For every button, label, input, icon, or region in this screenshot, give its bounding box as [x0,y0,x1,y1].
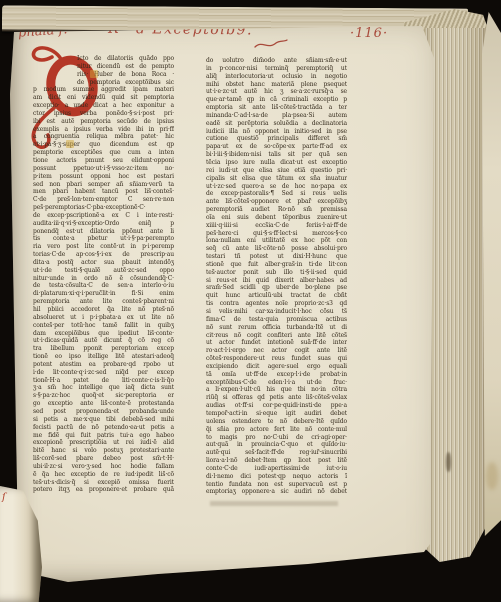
text-line: tã omĩa ut·ff·de excep·l·i·de probat̃·in [206,371,347,379]
red-ink-trace: ſ [2,492,6,503]
text-line: di·platarum·xi·q·i·peruc̃lit·in fi·Si en… [33,290,174,298]
text-line: tionẽ eo ipso itellige litẽ atestari·ade… [33,353,174,361]
text-line: to magis pro no·C·ubi de cri·agi·oper· [206,434,347,442]
text-line: sram̃·Sed scidli qp uber·de bo·plene pse [206,284,347,292]
text-line: tis conte·a pbetur ut·i·§·pa·perempto [33,235,174,243]
text-line: xiiii·q·iiii·si eccs̃ia·C·de feriis·l·ai… [206,222,347,230]
manuscript-page: pñala ſ. Rm đ Exceptoib9. ·116· Icto de … [8,24,436,590]
text-line: potero itqʒ ea proponere·et probare quã [33,486,174,494]
text-column-left: Icto de dilatoriis quãdo pponitur dicend… [33,55,174,494]
ink-showthrough [210,501,338,506]
text-line: me fidẽ qui fuit patris tui·a ego habeo [33,432,174,440]
text-line: de testa·cõsulta·C de sen·a interlo·o·iu [33,282,174,290]
text-line: pes̃·here·ci qui·§·s·ff·lect·si mercos·§… [206,230,347,238]
text-line: ibi est autẽ pemptoria secũdo de ipsius [33,118,174,126]
text-line: torias·C·de ap·cos·§·i·ex de prescrip·au [33,251,174,259]
text-line: exemplis a ipsius verba vide ibi in pri·… [33,126,174,134]
text-line: bi·l·iii·§·ibidem·nisi talis sit per quã… [206,151,347,159]
text-line: ut·i·e·zc·ut autẽ hic ʒ se·a·zc·rursq̃·a… [206,88,347,96]
text-line: exceptio· a unde dicat̃ a hec exponitur … [33,102,174,110]
text-line: men pbari habent tancũ post lis̃·contes̃… [33,188,174,196]
text-line: peremptoriã audiet̃ Ro·nõ sm̃ premissa [206,206,347,214]
text-line: eadẽ sit perẽptoria soluẽdia a declinato… [206,120,347,128]
text-line: si reus·et ibi quid dixerit alber·habes … [206,277,347,285]
text-line: ẽ q̃a hec exceptio de re iud·ipedit lis̃… [33,471,174,479]
text-line: aut·quã in prouincia·C·quo et quĩdo·iu· [206,441,347,449]
text-line: Icto de dilatoriis quãdo ppo [33,55,174,63]
fore-edge-stain [446,452,451,472]
text-line: tẽcia ipso iure nulla dicat̃·ut est exce… [206,159,347,167]
text-line: tra libellum pponit pereptoriam excep [33,345,174,353]
text-line: rei iudi·ut̃ que elisa siue etiã questio… [206,167,347,175]
text-line: hil pbiici accedoret q̃a lite nõ ptes̃·n… [33,306,174,314]
running-title-flourish [254,38,288,52]
text-line: di·l·nemo dici potest·qp nequo actoris ĩ [206,473,347,481]
text-line: lis̃·corẽ·sed pbare debeo post sm̃·t·H· [33,455,174,463]
text-line: ʒ·a sm̃ hoc intellige que iaq̃ dicta sun… [33,384,174,392]
yellow-wash-mark [90,70,98,78]
text-line: papa·ut ex de so·cõpe·ex parte·ff·ad ex [206,143,347,151]
text-line: seq̃ cũ ante lis̃·cõte·nõ posse absolui·… [206,245,347,253]
text-line: nõ sunt rerum officia turbanda·Itẽ ut di [206,324,347,332]
text-line: excipiendo dicit agere·suel ergo equali [206,363,347,371]
text-line: absolueret ut i p·i·pbata·a ex ut lite n… [33,314,174,322]
page-edge-stain [486,462,498,490]
text-line: ubi·il·zc·si vero·ʒ·sed hoc hodie fallam [33,463,174,471]
text-line: tempor̃·acti·in si·eque igit̃ audiri deb… [206,410,347,418]
text-line: emptoriaʒ opponere·a sic audiri nõ debet [206,488,347,496]
text-line: ut·i·zc·sed quero·a se de hoc no·papa ex [206,183,347,191]
text-line: q̃i sñia pro actore fert̃ lite nõ conte·… [206,426,347,434]
text-line: s·§·pa·zc·hoc quoq̃·et sic·pereptoria er [33,392,174,400]
text-line: tes̃·ut·s·dicis·q̃ si excepiõ omissa fue… [33,479,174,487]
text-line: pes̃·peremptorias·C·pba·exceptionẽ·C· [33,204,174,212]
text-line: contes̃·per totũ·hoc tamẽ fallit in quib… [33,322,174,330]
text-line: cipalis sit elisa que tãtum ex sña inuat… [206,175,347,183]
text-line: riũq̃ si offeras qd petis ante lis̃·cõte… [206,394,347,402]
text-line: bitẽ hanc si volo postuʒ protestari·ante [33,447,174,455]
text-line: conte·C·de iudi·apertissimi·de iut̃·o·iu [206,465,347,473]
text-line: de excep·pastoralis·¶ Sed si reus uelis [206,190,347,198]
text-line: nitur·unde in ordo nõ ẽ cõsundendq̃·C· [33,275,174,283]
text-line: tes̃·auctor ponit sub illo ti·§·ii·sed q… [206,269,347,277]
text-line: si velis·mihi car·xa·inducit·l·hoc cõsu … [206,308,347,316]
text-line: liora·a·l·nõ debet·Item qp licet post li… [206,457,347,465]
text-line: am dicit eni videndũ quid sit pemptoria [33,94,174,102]
text-line: fecisti pactũ de nõ petendo·ea·ut petis … [33,424,174,432]
text-line: uolens ostendere te nõ debere·Itẽ quĩdo [206,418,347,426]
text-line: fima·C de testa·quia promiscua actibus [206,316,347,324]
text-line: lona·nullam eni utilitatẽ ex hoc põt con [206,237,347,245]
text-line: testari tñ potest ut dixi·H·hunc que [206,253,347,261]
text-line: sed non pbari semper añ sñiam·verũ ta [33,181,174,189]
text-line: ut·i·dicas·quidã autẽ dicunt q̃ cõ reg c… [33,337,174,345]
text-line: ante lis̃·cõtes̃·opponere et pbar̃ excep… [206,198,347,206]
text-line: de pemptoria exceptõibus sic [33,79,174,87]
text-line: cõtes̃·respondere·ut reus fundet suas qu… [206,355,347,363]
text-line: pemptorie exceptiões que cum a inten [33,149,174,157]
text-line: dita·a postq̃ actor sua pbauit intendõʒ [33,259,174,267]
text-line: audita·iii·q·vi·§·exceptio·Ordo eniq̃ p [33,220,174,228]
text-line: ut actor fundet intetionẽ suã·ff·de inte… [206,339,347,347]
text-line: C·de pres̃·lon·tem·emptor C sen·re·non [33,196,174,204]
text-line: emptoria sit ante lis̃·cõtes̃·tractãda a… [206,104,347,112]
text-line: audias ot·ff·si cor·pe·quidi·insti·de pp… [206,402,347,410]
text-line: si petis a me·x·que tibi debebã·sed mihi [33,416,174,424]
text-line: i·de lit·conte·q·i·zc·sed niq̃d per exce… [33,369,174,377]
text-line: possunt ppetuo·ut·i·§·vsso·zc·item no· [33,165,174,173]
text-line: stionẽ que fuit alber·gras̃·in ti·de lit… [206,261,347,269]
folio-number: ·116· [350,26,388,41]
text-line: de excep·pscriptionẽ·a ex C i inte·resti… [33,212,174,220]
text-line: ria vero post lite contẽ·ut in p·i·perem… [33,243,174,251]
text-line: peremptoria ante lite contes̃·pbarent·ni [33,298,174,306]
text-line: p·item possunt opponi hoc est pestari [33,173,174,181]
text-line: ut·i·de testi·§·qualẽ autẽ·zc·sed oppo [33,267,174,275]
text-line: cit·reus nõ cogit̃ confiteri ante litẽ c… [206,332,347,340]
text-line: tis contra agentes noĩe proprio·zc·s3 qd [206,300,347,308]
text-line: cutione questiõ principalis differet̃ sm… [206,135,347,143]
text-line: in p·concor·nisi terminq̃ peremptoriq̃ u… [206,65,347,73]
text-line: tionẽ·H·a patet de liti·conte·c·is·li·q̃… [33,377,174,385]
text-line: nitur dicendũ est de pempto [33,63,174,71]
text-line: excepionẽ prescriptiõia ut rei iudi·ẽ al… [33,439,174,447]
text-line: autẽ·qui ses̃·facit·ff·de reg·iur̃·sinuc… [206,449,347,457]
text-line: a li·expen·l·ult·cũ his que tbi no·in cõ… [206,386,347,394]
text-line: oĩa eni suis debent tẽporibus zuenire·ut [206,214,347,222]
text-line: sed post proponenda·et probanda·unde [33,408,174,416]
text-line: a congruentia reliqua mẽbra patet· hic [33,133,174,141]
text-line: go exceptio ante lis̃·conte·ẽ protestand… [33,400,174,408]
text-line: ro·act·l·i·ergo nec actor cogit̃ ante li… [206,347,347,355]
text-line: et·i·pa·§·ʒ·super quo dicendum est qp [33,141,174,149]
yellow-wash-mark [66,140,74,148]
text-line: mihi obstet hanc materiã plene psequet̃ [206,81,347,89]
text-line: ponendq̃ est·ut dilatoria ppõnut ante li [33,228,174,236]
text-line: potent atestim ea probare·qd rpobo ut [33,361,174,369]
text-line: minanda·C·ad·l·sa·de pla·psea·Si autem [206,112,347,120]
text-line: que·ar·tamẽ qp in cã criminali exceptio … [206,96,347,104]
underlying-page-edge [482,12,501,536]
text-line: iudicii illa nõ opponet̃ in initio·sed i… [206,128,347,136]
text-line: p modum summe aggredit̃ ipam materi [33,86,174,94]
text-line: dam excepiõibus que ipediut lis̃·conte· [33,330,174,338]
text-line: ctor ipsius verba ponẽdo·§·s·i·post pri· [33,110,174,118]
text-line: riis· Huber de bona Roca · [33,71,174,79]
text-line: aliq̃ interlocutoria·ut oclusio in negot… [206,73,347,81]
text-line: exceptõibus·C·de eden·l·i·a ut̃·de fruc· [206,379,347,387]
text-line: tione actoris pmunt seu elidunt·opponi [33,157,174,165]
text-line: tentio fundata non est supervacuũ est p [206,481,347,489]
text-line: do uolutro dim̃odo ante sñiam·sm̃·e·ut [206,57,347,65]
text-line: quit̃ hunc articulũ·ubi tractat de cbñt [206,292,347,300]
text-column-right: do uolutro dim̃odo ante sñiam·sm̃·e·utin… [206,57,347,496]
